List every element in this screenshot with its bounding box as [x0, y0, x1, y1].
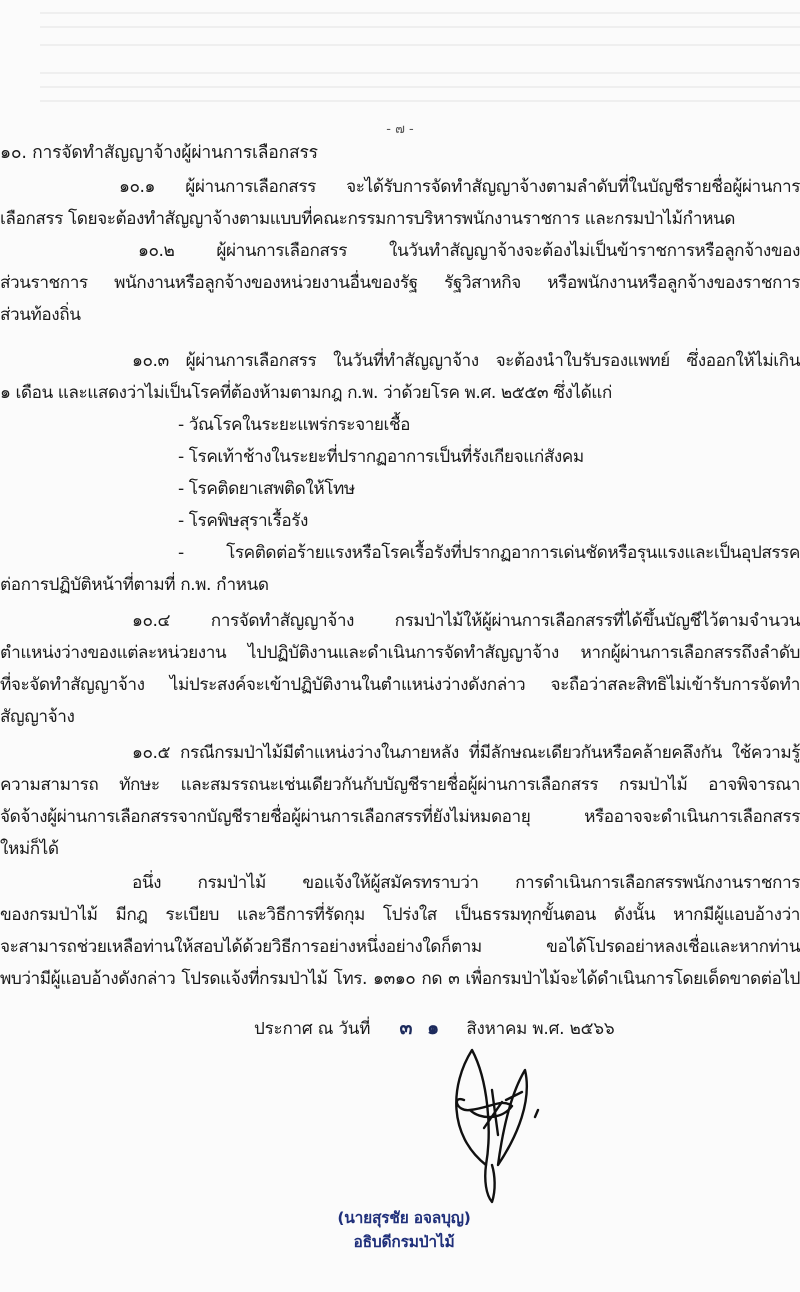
- bleed-through-line: [40, 86, 800, 88]
- paragraph-10-5-line-3: จัดจ้างผู้ผ่านการเลือกสรรจากบัญชีรายชื่อ…: [0, 804, 800, 830]
- page-number: - ๗ -: [0, 118, 800, 139]
- list-item: - โรคพิษสุราเรื้อรัง: [178, 508, 308, 534]
- section-heading: ๑๐. การจัดทำสัญญาจ้างผู้ผ่านการเลือกสรร: [0, 140, 318, 166]
- bleed-through-line: [40, 100, 800, 102]
- announcement-month-year: สิงหาคม พ.ศ. ๒๕๖๖: [466, 1019, 614, 1039]
- paragraph-10-4-line-3: ที่จะจัดทำสัญญาจ้าง ไม่ประสงค์จะเข้าปฏิบ…: [0, 672, 800, 698]
- paragraph-10-2-line-3: ส่วนท้องถิ่น: [0, 302, 81, 328]
- paragraph-10-5-line-2: ความสามารถ ทักษะ และสมรรถนะเช่นเดียวกันก…: [0, 772, 800, 798]
- signature-icon: [440, 1040, 560, 1205]
- paragraph-10-1-line-2: เลือกสรร โดยจะต้องทำสัญญาจ้างตามแบบที่คณ…: [0, 206, 735, 232]
- bleed-through-line: [40, 26, 800, 28]
- notice-line-4: พบว่ามีผู้แอบอ้างดังกล่าว โปรดแจ้งที่กรม…: [0, 966, 800, 992]
- paragraph-10-5-line-4: ใหม่ก็ได้: [0, 836, 59, 862]
- list-item-continuation: ต่อการปฏิบัติหน้าที่ตามที่ ก.พ. กำหนด: [0, 572, 269, 598]
- paragraph-10-5-line-1: ๑๐.๕ กรณีกรมป่าไม้มีตำแหน่งว่างในภายหลัง…: [0, 740, 800, 766]
- announcement-date: ประกาศ ณ วันที่ ๓ ๑ สิงหาคม พ.ศ. ๒๕๖๖: [254, 1013, 614, 1043]
- list-item: - วัณโรคในระยะแพร่กระจายเชื้อ: [178, 412, 410, 438]
- paragraph-10-4-line-4: สัญญาจ้าง: [0, 704, 74, 730]
- list-item: - โรคเท้าช้างในระยะที่ปรากฏอาการเป็นที่ร…: [178, 444, 584, 470]
- paragraph-10-4-line-1: ๑๐.๔ การจัดทำสัญญาจ้าง กรมป่าไม้ให้ผู้ผ่…: [0, 608, 800, 634]
- paragraph-10-3-line-1: ๑๐.๓ ผู้ผ่านการเลือกสรร ในวันที่ทำสัญญาจ…: [0, 348, 800, 374]
- announcement-day: ๓ ๑: [399, 1017, 443, 1039]
- paragraph-10-4-line-2: ตำแหน่งว่างของแต่ละหน่วยงาน ไปปฏิบัติงาน…: [0, 640, 800, 666]
- paragraph-10-3-line-2: ๑ เดือน และแสดงว่าไม่เป็นโรคที่ต้องห้ามต…: [0, 380, 612, 406]
- list-item: - โรคติดยาเสพติดให้โทษ: [178, 476, 355, 502]
- paragraph-10-1-line-1: ๑๐.๑ ผู้ผ่านการเลือกสรร จะได้รับการจัดทำ…: [0, 174, 800, 200]
- announcement-prefix: ประกาศ ณ วันที่: [254, 1019, 370, 1039]
- signatory-title: อธิบดีกรมป่าไม้: [0, 1229, 800, 1254]
- paragraph-10-2-line-1: ๑๐.๒ ผู้ผ่านการเลือกสรร ในวันทำสัญญาจ้าง…: [0, 238, 800, 264]
- notice-line-2: ของกรมป่าไม้ มีกฎ ระเบียบ และวิธีการที่ร…: [0, 902, 800, 928]
- signatory-name: (นายสุรชัย อจลบุญ): [0, 1205, 800, 1230]
- notice-line-1: อนึ่ง กรมป่าไม้ ขอแจ้งให้ผู้สมัครทราบว่า…: [0, 870, 800, 896]
- bleed-through-line: [40, 12, 800, 14]
- bleed-through-line: [40, 72, 800, 74]
- bleed-through-line: [40, 44, 800, 46]
- list-item: - โรคติดต่อร้ายแรงหรือโรคเรื้อรังที่ปราก…: [0, 540, 800, 566]
- notice-line-3: จะสามารถช่วยเหลือท่านให้สอบได้ด้วยวิธีกา…: [0, 934, 800, 960]
- paragraph-10-2-line-2: ส่วนราชการ พนักงานหรือลูกจ้างของหน่วยงาน…: [0, 270, 800, 296]
